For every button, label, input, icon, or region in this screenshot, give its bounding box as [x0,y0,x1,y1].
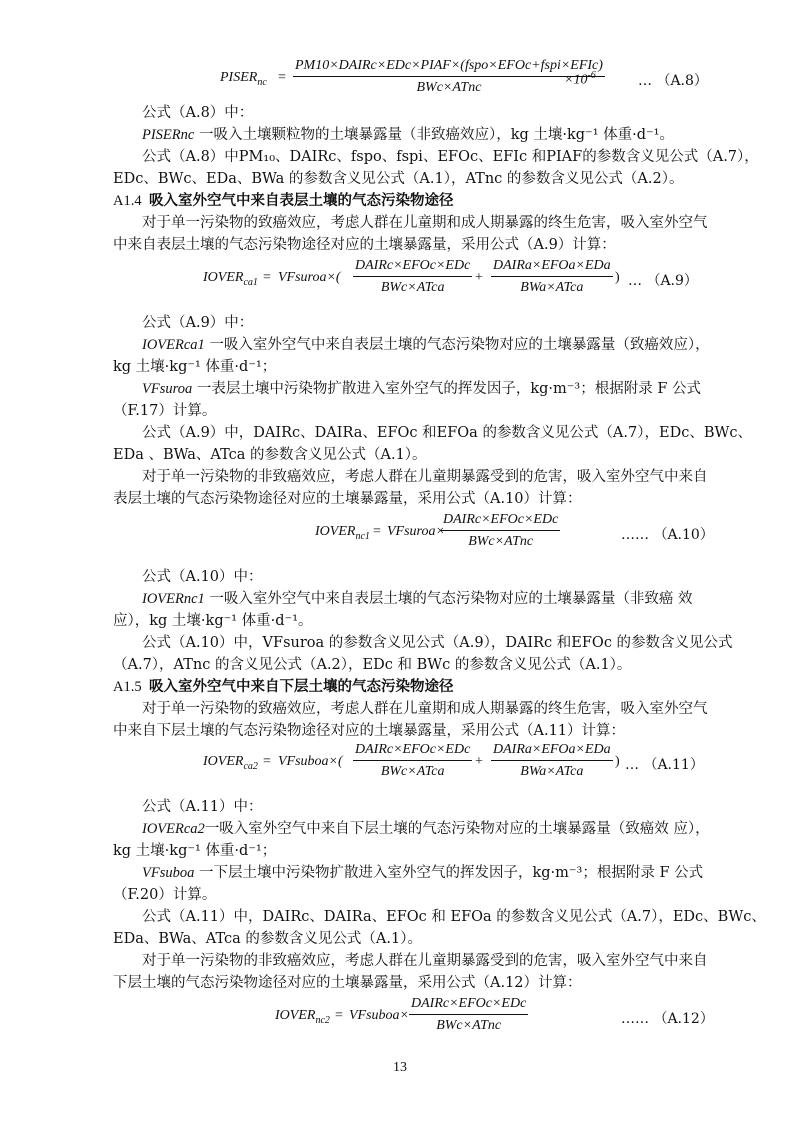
text-line: EDc、BWc、EDa、BWa 的参数含义见公式（A.1），ATnc 的参数含义… [113,168,703,190]
definition-line: IOVERca1 一吸入室外空气中来自表层土壤的气态污染物对应的土壤暴露量（致癌… [113,334,732,356]
section-heading-a1-5: A1.5吸入室外空气中来自下层土壤的气态污染物途径 [113,676,703,698]
formula-a8: PISERnc = PM10×DAIRc×EDc×PIAF×(fspo×EFOc… [113,58,703,108]
text-line: kg 土壤·kg⁻¹ 体重·d⁻¹； [113,840,703,862]
term: IOVERca1 [142,337,205,353]
definition-line: PISERnc 一吸入土壤颗粒物的土壤暴露量（非致癌效应），kg 土壤·kg⁻¹… [113,124,732,146]
paragraph-line: 对于单一污染物的致癌效应，考虑人群在儿童期和成人期暴露的终生危害，吸入室外空气 [113,698,732,720]
equation-number: … （A.8） [638,70,708,90]
formula-a11: IOVERca2 = VFsuboa×( DAIRc×EFOc×EDc BWc×… [113,742,703,792]
formula-a9: IOVERca1 = VFsuroa×( DAIRc×EFOc×EDc BWc×… [113,258,703,308]
paragraph-line: 表层土壤的气态污染物途径对应的土壤暴露量，采用公式（A.10）计算： [113,488,703,510]
page-number: 13 [393,1060,407,1076]
paragraph-line: 对于单一污染物的非致癌效应，考虑人群在儿童期暴露受到的危害，吸入室外空气中来自 [113,466,732,488]
text-line: （A.7），ATnc 的含义见公式（A.2），EDc 和 BWc 的参数含义见公… [113,654,703,676]
formula-lhs: PISERnc [220,70,267,88]
text-line: 公式（A.10）中： [113,566,732,588]
term: VFsuboa [142,865,194,881]
text-line: 公式（A.11）中： [113,796,732,818]
text-line: EDa、BWa、ATca 的参数含义见公式（A.1）。 [113,928,703,950]
paragraph-line: 对于单一污染物的致癌效应，考虑人群在儿童期和成人期暴露的终生危害，吸入室外空气 [113,212,732,234]
definition-line: VFsuroa 一表层土壤中污染物扩散进入室外空气的挥发因子，kg·m⁻³；根据… [113,378,732,400]
equation-number: … （A.11） [625,754,704,774]
formula-a10: IOVERnc1 = VFsuroa× DAIRc×EFOc×EDc BWc×A… [113,510,703,560]
paragraph-line: 对于单一污染物的非致癌效应，考虑人群在儿童期暴露受到的危害，吸入室外空气中来自 [113,950,732,972]
term: PISERnc [142,127,194,143]
text-line: kg 土壤·kg⁻¹ 体重·d⁻¹； [113,356,703,378]
text-line: 公式（A.8）中PM₁₀、DAIRc、fspo、fspi、EFOc、EFIc 和… [113,146,732,168]
text-line: 公式（A.10）中，VFsuroa 的参数含义见公式（A.9），DAIRc 和E… [113,632,732,654]
formula-a12: IOVERnc2 = VFsuboa× DAIRc×EFOc×EDc BWc×A… [113,994,703,1044]
definition-line: IOVERca2一吸入室外空气中来自下层土壤的气态污染物对应的土壤暴露量（致癌效… [113,818,732,840]
text-line: 应），kg 土壤·kg⁻¹ 体重·d⁻¹。 [113,610,703,632]
text-line: EDa 、BWa、ATca 的参数含义见公式（A.1）。 [113,444,703,466]
equation-number: … （A.9） [628,270,698,290]
definition-line: VFsuboa 一下层土壤中污染物扩散进入室外空气的挥发因子，kg·m⁻³；根据… [113,862,732,884]
text-line: （F.20）计算。 [113,884,703,906]
term: VFsuroa [142,381,192,397]
definition-line: IOVERnc1 一吸入室外空气中来自表层土壤的气态污染物对应的土壤暴露量（非致… [113,588,732,610]
equation-number: …… （A.10） [621,524,714,544]
text-line: 公式（A.8）中： [113,102,732,124]
equals-sign: = [278,70,286,86]
text-line: （F.17）计算。 [113,400,703,422]
formula-fraction: PM10×DAIRc×EDc×PIAF×(fspo×EFOc+fspi×EFIc… [293,58,605,96]
term: IOVERnc1 [142,591,205,607]
paragraph-line: 中来自表层土壤的气态污染物途径对应的土壤暴露量，采用公式（A.9）计算： [113,234,703,256]
paragraph-line: 中来自下层土壤的气态污染物途径对应的土壤暴露量，采用公式（A.11）计算： [113,720,703,742]
equation-number: …… （A.12） [621,1008,714,1028]
text-line: 公式（A.11）中，DAIRc、DAIRa、EFOc 和 EFOa 的参数含义见… [113,906,732,928]
term: IOVERca2 [142,821,205,837]
text-line: 公式（A.9）中，DAIRc、DAIRa、EFOc 和EFOa 的参数含义见公式… [113,422,732,444]
section-heading-a1-4: A1.4吸入室外空气中来自表层土壤的气态污染物途径 [113,190,703,212]
paragraph-line: 下层土壤的气态污染物途径对应的土壤暴露量，采用公式（A.12）计算： [113,972,703,994]
text-line: 公式（A.9）中： [113,312,732,334]
formula-tail: ×10-6 [564,70,596,89]
